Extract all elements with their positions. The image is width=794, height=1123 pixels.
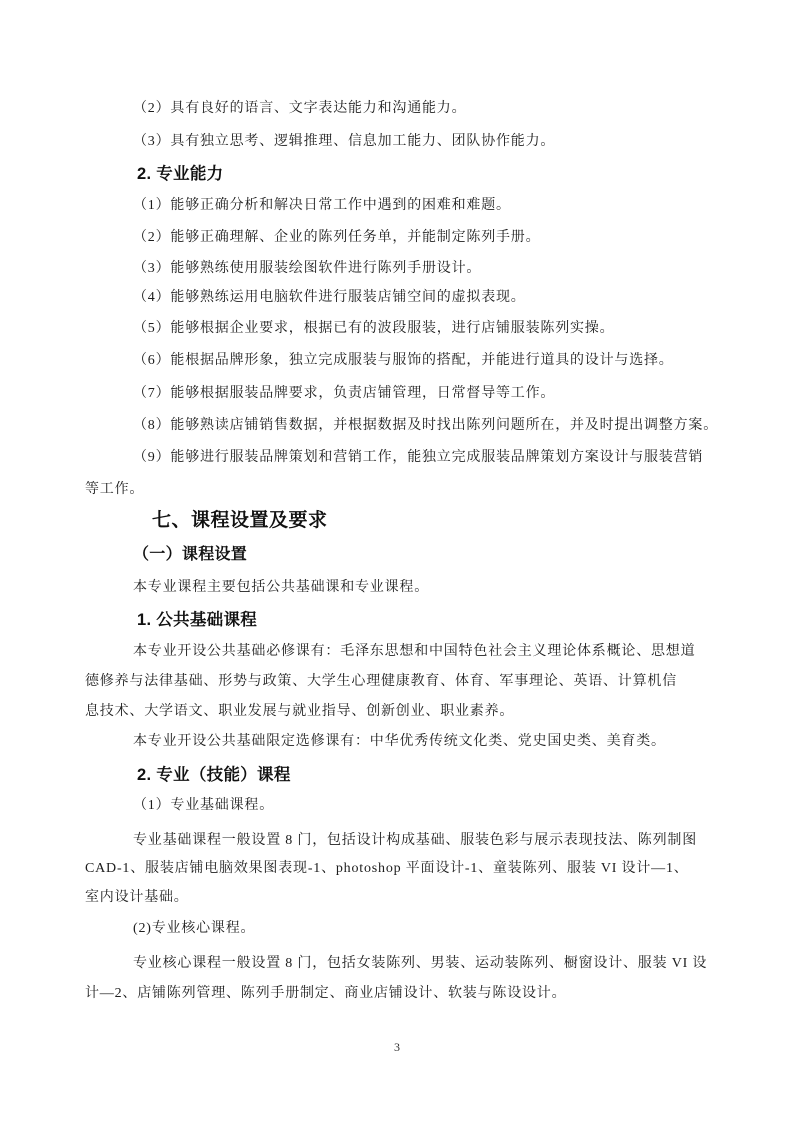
list-item-pro-ability-4: （4）能够熟练运用电脑软件进行服装店铺空间的虚拟表现。 — [133, 288, 526, 308]
list-item-pro-ability-2: （2）能够正确理解、企业的陈列任务单，并能制定陈列手册。 — [133, 228, 540, 248]
list-item-pro-ability-1: （1）能够正确分析和解决日常工作中遇到的困难和难题。 — [133, 196, 511, 216]
heading-public-basic-courses: 1. 公共基础课程 — [137, 609, 257, 631]
heading-professional-ability: 2. 专业能力 — [137, 163, 223, 185]
paragraph-public-elective: 本专业开设公共基础限定选修课有：中华优秀传统文化类、党史国史类、美育类。 — [133, 732, 666, 752]
heading-chapter-7-course-setting-requirements: 七、课程设置及要求 — [152, 508, 328, 534]
paragraph-core-courses-line2: 计—2、店铺陈列管理、陈列手册制定、商业店铺设计、软装与陈设设计。 — [85, 984, 566, 1004]
paragraph-basic-courses-line2: CAD-1、服装店铺电脑效果图表现-1、photoshop 平面设计-1、童装陈… — [85, 859, 689, 879]
paragraph-core-courses-line1: 专业核心课程一般设置 8 门，包括女装陈列、男装、运动装陈列、橱窗设计、服装 V… — [133, 954, 707, 974]
page-number: 3 — [0, 1039, 794, 1055]
list-item-pro-ability-5: （5）能够根据企业要求，根据已有的波段服装，进行店铺服装陈列实操。 — [133, 319, 614, 339]
list-item-general-ability-2: （2）具有良好的语言、文字表达能力和沟通能力。 — [133, 99, 466, 119]
subheading-professional-basic-courses: （1）专业基础课程。 — [133, 796, 274, 816]
heading-professional-skill-courses: 2. 专业（技能）课程 — [137, 764, 291, 786]
list-item-pro-ability-3: （3）能够熟练使用服装绘图软件进行陈列手册设计。 — [133, 259, 481, 279]
paragraph-basic-courses-line1: 专业基础课程一般设置 8 门，包括设计构成基础、服装色彩与展示表现技法、陈列制图 — [133, 831, 697, 851]
list-item-general-ability-3: （3）具有独立思考、逻辑推理、信息加工能力、团队协作能力。 — [133, 132, 555, 152]
document-page: （2）具有良好的语言、文字表达能力和沟通能力。 （3）具有独立思考、逻辑推理、信… — [0, 0, 794, 1123]
list-item-pro-ability-9: （9）能够进行服装品牌策划和营销工作，能独立完成服装品牌策划方案设计与服装营销 — [133, 448, 703, 468]
list-item-pro-ability-7: （7）能够根据服装品牌要求，负责店铺管理，日常督导等工作。 — [133, 384, 555, 404]
subheading-professional-core-courses: (2)专业核心课程。 — [133, 919, 255, 939]
list-item-pro-ability-8: （8）能够熟读店铺销售数据，并根据数据及时找出陈列问题所在，并及时提出调整方案。 — [133, 416, 718, 436]
paragraph-public-required-line1: 本专业开设公共基础必修课有：毛泽东思想和中国特色社会主义理论体系概论、思想道 — [133, 642, 695, 662]
paragraph-basic-courses-line3: 室内设计基础。 — [85, 888, 189, 908]
paragraph-course-overview: 本专业课程主要包括公共基础课和专业课程。 — [133, 578, 429, 598]
list-item-pro-ability-9-cont: 等工作。 — [85, 480, 144, 500]
paragraph-public-required-line3: 息技术、大学语文、职业发展与就业指导、创新创业、职业素养。 — [85, 702, 514, 722]
heading-course-setting: （一）课程设置 — [133, 544, 247, 566]
paragraph-public-required-line2: 德修养与法律基础、形势与政策、大学生心理健康教育、体育、军事理论、英语、计算机信 — [85, 672, 677, 692]
list-item-pro-ability-6: （6）能根据品牌形象，独立完成服装与服饰的搭配，并能进行道具的设计与选择。 — [133, 351, 674, 371]
